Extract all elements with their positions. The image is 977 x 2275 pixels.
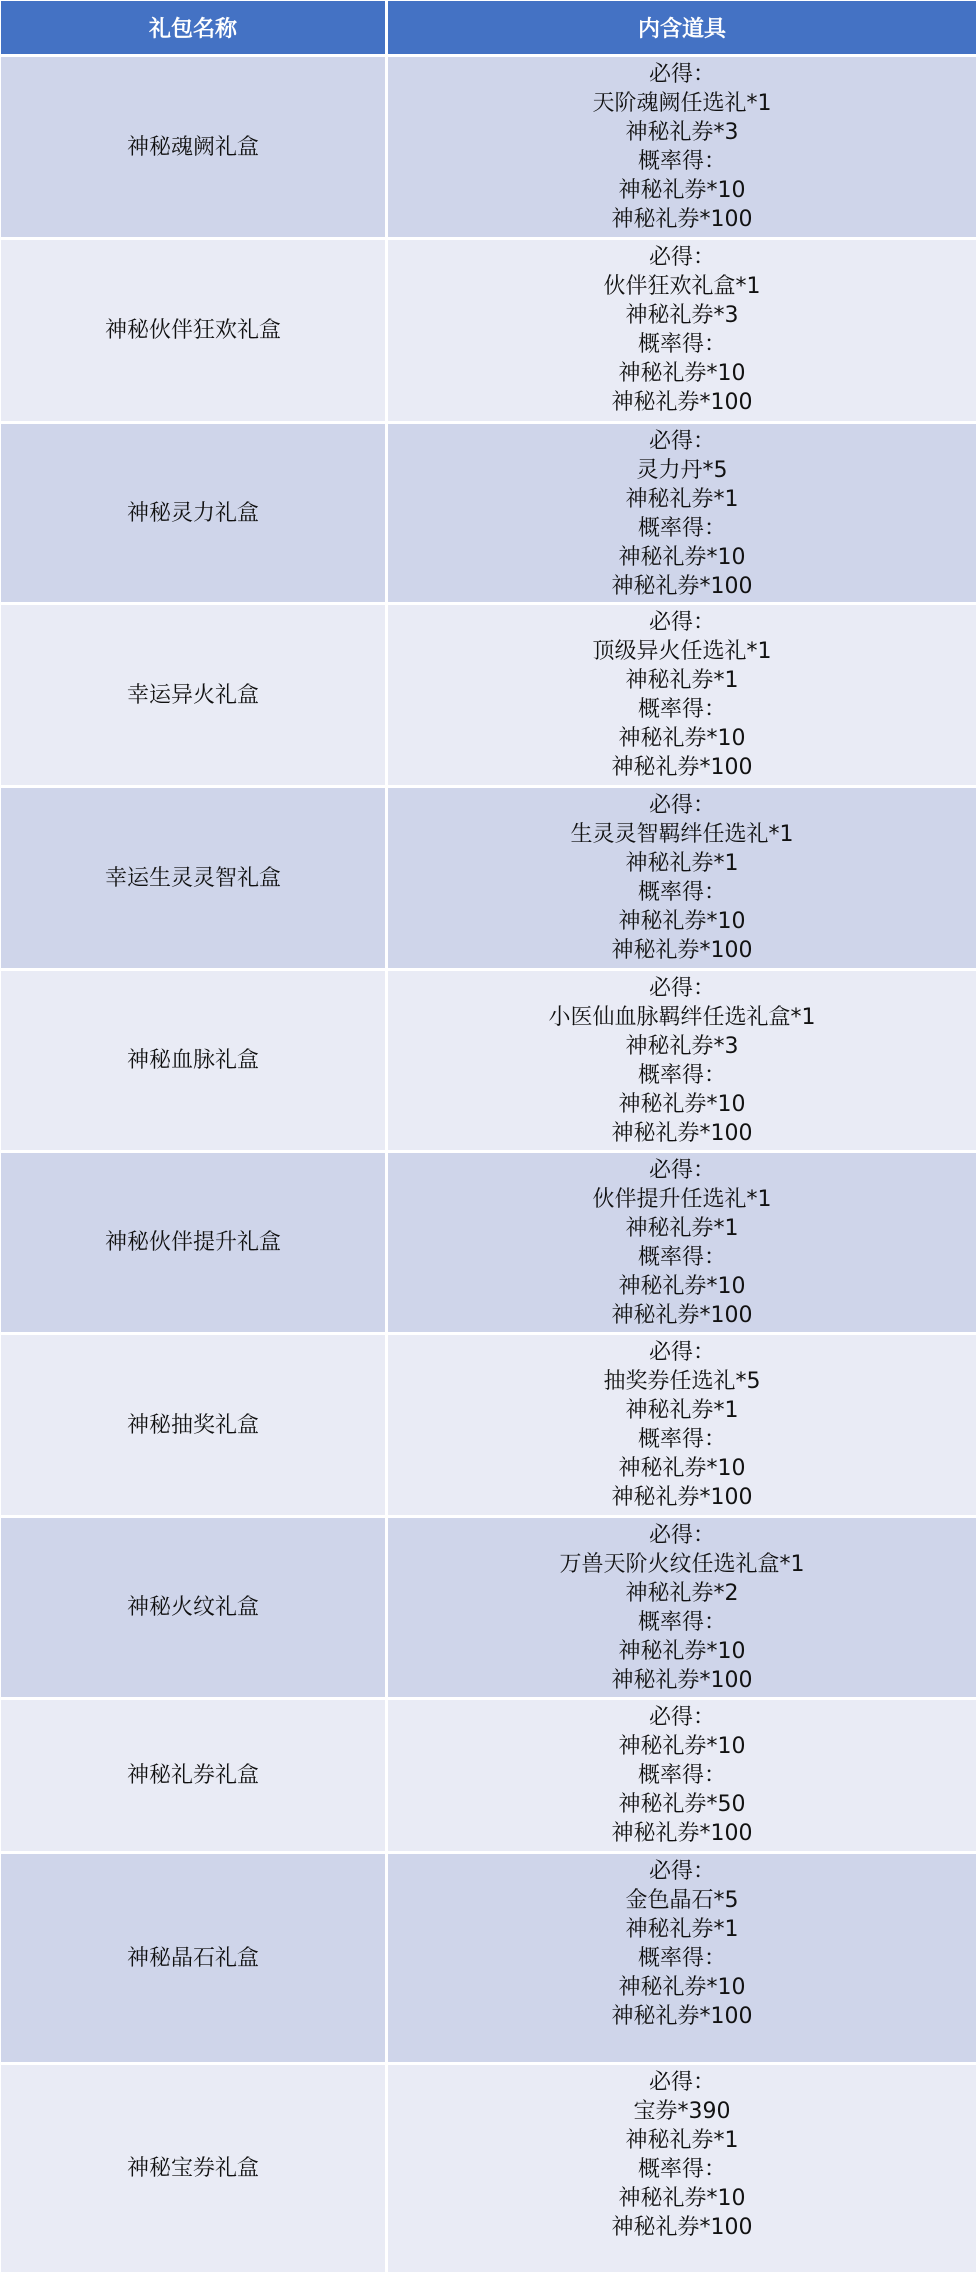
table-row: 神秘魂阙礼盒必得：天阶魂阙任选礼*1神秘礼券*3概率得：神秘礼券*10神秘礼券*… [1,57,976,240]
item-line: 神秘礼券*100 [388,572,976,601]
item-line: 神秘礼券*1 [388,2126,976,2155]
item-line: 天阶魂阙任选礼*1 [388,89,976,118]
gift-name: 神秘魂阙礼盒 [127,135,259,160]
header-gift-name: 礼包名称 [1,1,388,57]
gift-name-cell: 神秘礼券礼盒 [1,1700,388,1854]
item-line: 金色晶石*5 [388,1886,976,1915]
item-line: 神秘礼券*100 [388,2002,976,2031]
item-line: 神秘礼券*1 [388,666,976,695]
item-line: 神秘礼券*100 [388,1119,976,1148]
table-row: 神秘火纹礼盒必得：万兽天阶火纹任选礼盒*1神秘礼券*2概率得：神秘礼券*10神秘… [1,1518,976,1700]
gift-name: 神秘抽奖礼盒 [127,1413,259,1438]
table-row: 神秘抽奖礼盒必得：抽奖券任选礼*5神秘礼券*1概率得：神秘礼券*10神秘礼券*1… [1,1335,976,1518]
item-line: 神秘礼券*10 [388,1732,976,1761]
gift-name: 神秘伙伴提升礼盒 [105,1230,281,1255]
gift-name-cell: 幸运异火礼盒 [1,605,388,788]
item-line: 神秘礼券*10 [388,2184,976,2213]
item-line: 万兽天阶火纹任选礼盒*1 [388,1550,976,1579]
item-line: 神秘礼券*100 [388,1301,976,1330]
gift-name: 幸运生灵灵智礼盒 [105,866,281,891]
gift-name-cell: 幸运生灵灵智礼盒 [1,788,388,971]
table-row: 幸运异火礼盒必得：顶级异火任选礼*1神秘礼券*1概率得：神秘礼券*10神秘礼券*… [1,605,976,788]
contained-items-cell: 必得：天阶魂阙任选礼*1神秘礼券*3概率得：神秘礼券*10神秘礼券*100 [388,57,976,240]
item-line: 抽奖券任选礼*5 [388,1367,976,1396]
item-line: 神秘礼券*100 [388,1819,976,1848]
item-line: 概率得： [388,695,976,724]
item-line: 生灵灵智羁绊任选礼*1 [388,820,976,849]
table-row: 幸运生灵灵智礼盒必得：生灵灵智羁绊任选礼*1神秘礼券*1概率得：神秘礼券*10神… [1,788,976,971]
contained-items-cell: 必得：伙伴提升任选礼*1神秘礼券*1概率得：神秘礼券*10神秘礼券*100 [388,1153,976,1335]
gift-name-cell: 神秘灵力礼盒 [1,424,388,605]
table-row: 神秘宝券礼盒必得：宝券*390神秘礼券*1概率得：神秘礼券*10神秘礼券*100 [1,2065,976,2275]
gift-name-cell: 神秘晶石礼盒 [1,1854,388,2065]
gift-name-cell: 神秘魂阙礼盒 [1,57,388,240]
gift-name-cell: 神秘血脉礼盒 [1,971,388,1153]
item-line: 概率得： [388,1608,976,1637]
contained-items-cell: 必得：小医仙血脉羁绊任选礼盒*1神秘礼券*3概率得：神秘礼券*10神秘礼券*10… [388,971,976,1153]
item-line: 神秘礼券*10 [388,1454,976,1483]
item-line: 概率得： [388,2155,976,2184]
item-line: 神秘礼券*100 [388,205,976,234]
item-line: 神秘礼券*10 [388,176,976,205]
contained-items-cell: 必得：金色晶石*5神秘礼券*1概率得：神秘礼券*10神秘礼券*100 [388,1854,976,2065]
item-line: 神秘礼券*1 [388,1915,976,1944]
table-header-row: 礼包名称 内含道具 [1,1,976,57]
table-row: 神秘晶石礼盒必得：金色晶石*5神秘礼券*1概率得：神秘礼券*10神秘礼券*100 [1,1854,976,2065]
item-line: 神秘礼券*10 [388,1973,976,2002]
item-line: 概率得： [388,1425,976,1454]
item-line: 神秘礼券*2 [388,1579,976,1608]
gift-name: 神秘血脉礼盒 [127,1048,259,1073]
contained-items-cell: 必得：伙伴狂欢礼盒*1神秘礼券*3概率得：神秘礼券*10神秘礼券*100 [388,240,976,424]
item-line: 神秘礼券*100 [388,388,976,417]
item-line: 神秘礼券*100 [388,2213,976,2242]
item-line: 必得： [388,974,976,1003]
item-line: 必得： [388,2068,976,2097]
item-line: 神秘礼券*10 [388,1272,976,1301]
item-line: 必得： [388,427,976,456]
item-line: 神秘礼券*10 [388,543,976,572]
table-row: 神秘伙伴提升礼盒必得：伙伴提升任选礼*1神秘礼券*1概率得：神秘礼券*10神秘礼… [1,1153,976,1335]
item-line: 神秘礼券*10 [388,724,976,753]
item-line: 概率得： [388,514,976,543]
gift-name: 神秘礼券礼盒 [127,1763,259,1788]
contained-items-cell: 必得：万兽天阶火纹任选礼盒*1神秘礼券*2概率得：神秘礼券*10神秘礼券*100 [388,1518,976,1700]
item-line: 灵力丹*5 [388,456,976,485]
item-line: 神秘礼券*3 [388,301,976,330]
item-line: 顶级异火任选礼*1 [388,637,976,666]
table-body: 神秘魂阙礼盒必得：天阶魂阙任选礼*1神秘礼券*3概率得：神秘礼券*10神秘礼券*… [1,57,976,2275]
item-line: 必得： [388,1857,976,1886]
item-line: 必得： [388,1521,976,1550]
item-line: 必得： [388,1156,976,1185]
table-row: 神秘伙伴狂欢礼盒必得：伙伴狂欢礼盒*1神秘礼券*3概率得：神秘礼券*10神秘礼券… [1,240,976,424]
gift-name-cell: 神秘伙伴狂欢礼盒 [1,240,388,424]
gift-name: 神秘灵力礼盒 [127,501,259,526]
item-line: 神秘礼券*10 [388,359,976,388]
item-line: 必得： [388,1703,976,1732]
contained-items-cell: 必得：宝券*390神秘礼券*1概率得：神秘礼券*10神秘礼券*100 [388,2065,976,2275]
item-line: 神秘礼券*10 [388,1637,976,1666]
gift-name: 神秘宝券礼盒 [127,2156,259,2181]
gift-box-table: 礼包名称 内含道具 神秘魂阙礼盒必得：天阶魂阙任选礼*1神秘礼券*3概率得：神秘… [1,1,976,2275]
item-line: 宝券*390 [388,2097,976,2126]
item-line: 神秘礼券*1 [388,1214,976,1243]
item-line: 必得： [388,1338,976,1367]
item-line: 神秘礼券*1 [388,485,976,514]
contained-items-cell: 必得：生灵灵智羁绊任选礼*1神秘礼券*1概率得：神秘礼券*10神秘礼券*100 [388,788,976,971]
item-line: 概率得： [388,1061,976,1090]
item-line: 神秘礼券*1 [388,1396,976,1425]
item-line: 神秘礼券*1 [388,849,976,878]
item-line: 神秘礼券*3 [388,1032,976,1061]
item-line: 神秘礼券*10 [388,907,976,936]
table-row: 神秘灵力礼盒必得：灵力丹*5神秘礼券*1概率得：神秘礼券*10神秘礼券*100 [1,424,976,605]
item-line: 概率得： [388,147,976,176]
item-line: 神秘礼券*100 [388,1666,976,1695]
table-row: 神秘礼券礼盒必得：神秘礼券*10概率得：神秘礼券*50神秘礼券*100 [1,1700,976,1854]
item-line: 神秘礼券*100 [388,753,976,782]
item-line: 概率得： [388,1761,976,1790]
item-line: 伙伴提升任选礼*1 [388,1185,976,1214]
item-line: 小医仙血脉羁绊任选礼盒*1 [388,1003,976,1032]
item-line: 神秘礼券*100 [388,936,976,965]
gift-name-cell: 神秘伙伴提升礼盒 [1,1153,388,1335]
header-contained-items: 内含道具 [388,1,976,57]
item-line: 神秘礼券*3 [388,118,976,147]
gift-name-cell: 神秘宝券礼盒 [1,2065,388,2275]
item-line: 必得： [388,60,976,89]
item-line: 概率得： [388,878,976,907]
item-line: 神秘礼券*10 [388,1090,976,1119]
item-line: 必得： [388,243,976,272]
gift-name: 神秘火纹礼盒 [127,1595,259,1620]
contained-items-cell: 必得：神秘礼券*10概率得：神秘礼券*50神秘礼券*100 [388,1700,976,1854]
item-line: 必得： [388,791,976,820]
contained-items-cell: 必得：顶级异火任选礼*1神秘礼券*1概率得：神秘礼券*10神秘礼券*100 [388,605,976,788]
item-line: 概率得： [388,330,976,359]
gift-name: 神秘晶石礼盒 [127,1946,259,1971]
contained-items-cell: 必得：灵力丹*5神秘礼券*1概率得：神秘礼券*10神秘礼券*100 [388,424,976,605]
item-line: 神秘礼券*100 [388,1483,976,1512]
gift-name-cell: 神秘火纹礼盒 [1,1518,388,1700]
table-row: 神秘血脉礼盒必得：小医仙血脉羁绊任选礼盒*1神秘礼券*3概率得：神秘礼券*10神… [1,971,976,1153]
item-line: 必得： [388,608,976,637]
item-line: 概率得： [388,1944,976,1973]
gift-name: 神秘伙伴狂欢礼盒 [105,318,281,343]
gift-name: 幸运异火礼盒 [127,683,259,708]
item-line: 概率得： [388,1243,976,1272]
item-line: 伙伴狂欢礼盒*1 [388,272,976,301]
gift-name-cell: 神秘抽奖礼盒 [1,1335,388,1518]
contained-items-cell: 必得：抽奖券任选礼*5神秘礼券*1概率得：神秘礼券*10神秘礼券*100 [388,1335,976,1518]
item-line: 神秘礼券*50 [388,1790,976,1819]
